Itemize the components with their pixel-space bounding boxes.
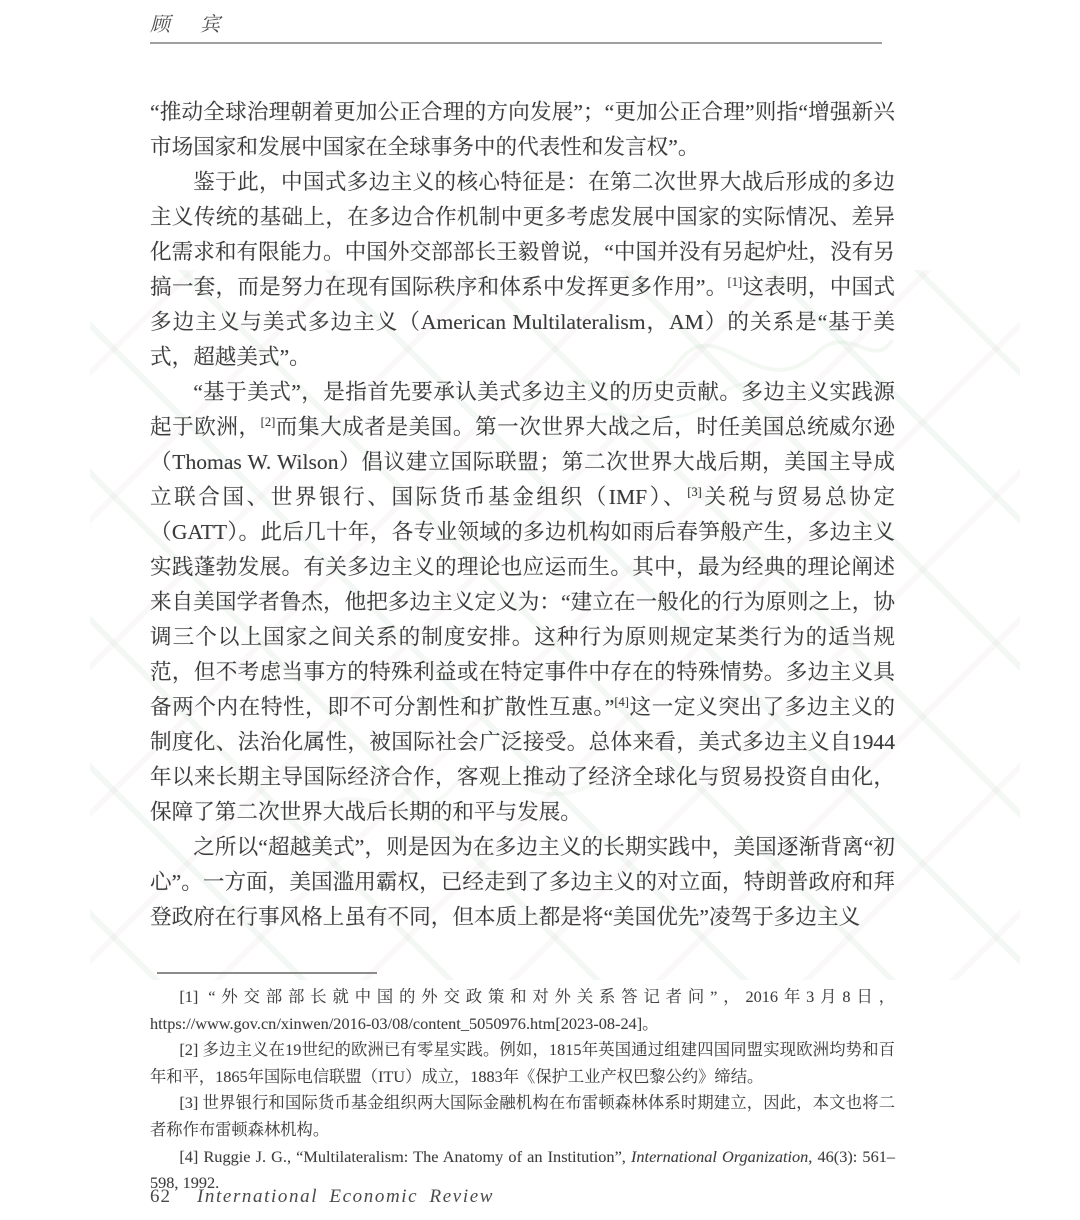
italic-text: International Organization [631,1147,808,1166]
body-paragraph: 之所以“超越美式”，则是因为在多边主义的长期实践中，美国逐渐背离“初心”。一方面… [150,830,895,935]
footnote-item: [1] “外交部部长就中国的外交政策和对外关系答记者问”，2016年3月8日，h… [150,984,895,1037]
footnote-item: [2] 多边主义在19世纪的欧洲已有零星实践。例如，1815年英国通过组建四国同… [150,1037,895,1090]
article-body: “推动全球治理朝着更加公正合理的方向发展”；“更加公正合理”则指“增强新兴市场国… [150,95,895,935]
page-header: 顾 宾 [150,8,882,37]
journal-name: International Economic Review [197,1186,494,1207]
body-paragraph: “推动全球治理朝着更加公正合理的方向发展”；“更加公正合理”则指“增强新兴市场国… [150,95,895,165]
footnote-ref: [2] [261,415,276,429]
footnotes: [1] “外交部部长就中国的外交政策和对外关系答记者问”，2016年3月8日，h… [150,984,895,1197]
author-name: 顾 宾 [150,14,225,36]
footnote-item: [3] 世界银行和国际货币基金组织两大国际金融机构在布雷顿森林体系时期建立，因此… [150,1090,895,1143]
footnote-ref: [4] [614,695,629,709]
footnote-divider [157,972,377,974]
header-divider [150,42,882,44]
footnote-ref: [3] [687,485,702,499]
footnote-ref: [1] [728,275,743,289]
document-page: 顾 宾 “推动全球治理朝着更加公正合理的方向发展”；“更加公正合理”则指“增强新… [0,0,1080,1220]
page-number: 62 [150,1186,171,1208]
page-footer: 62International Economic Review [150,1186,895,1208]
body-paragraph: 鉴于此，中国式多边主义的核心特征是：在第二次世界大战后形成的多边主义传统的基础上… [150,165,895,375]
body-paragraph: “基于美式”，是指首先要承认美式多边主义的历史贡献。多边主义实践源起于欧洲，[2… [150,375,895,830]
